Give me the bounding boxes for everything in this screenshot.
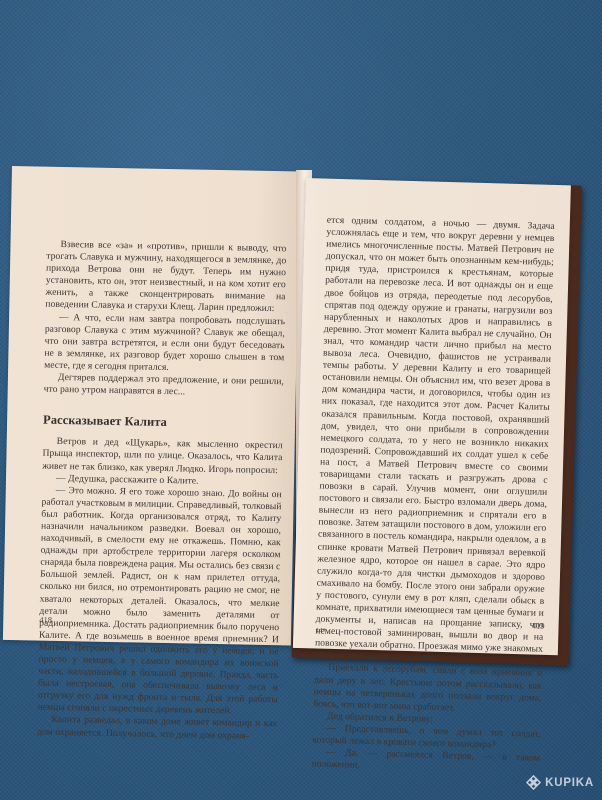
open-book: Взвесив все «за» и «против», пришли к вы… [0,0,602,800]
watermark-text: KUPIKA [545,777,594,789]
paragraph: Взвесив все «за» и «против», пришли к вы… [45,239,286,316]
right-page-text: ется одним солдатом, а ночью — двумя. За… [311,215,554,777]
kupika-logo-icon [526,775,541,790]
page-number: 418 [39,615,52,625]
paragraph: ется одним солдатом, а ночью — двумя. За… [314,215,554,669]
chapter-heading: Рассказывает Калита [43,414,283,431]
paragraph: Дегтярев поддержал это предложение, и он… [44,372,284,401]
paragraph: Приехали к лесорубам, сняли с воза прием… [313,662,542,717]
watermark: KUPIKA [526,775,594,790]
page-number: 419 [532,620,545,630]
signature-mark: 14* [315,626,326,634]
paragraph: Ветров и дед «Щукарь», как мысленно окре… [42,436,283,477]
paragraph: Калита разведал, в каком доме живет кома… [37,714,277,743]
left-page: Взвесив все «за» и «против», пришли к вы… [3,166,300,645]
left-page-text: Взвесив все «за» и «против», пришли к вы… [37,239,287,743]
right-page: ется одним солдатом, а ночью — двумя. За… [293,178,571,655]
paragraph: — Это можно. Я его тоже хорошо знаю. До … [37,484,281,718]
paragraph: — А что, если нам завтра попробовать под… [44,311,285,376]
paragraph: — Да, — рассмеялся Ветров, — в таком пол… [311,747,540,778]
